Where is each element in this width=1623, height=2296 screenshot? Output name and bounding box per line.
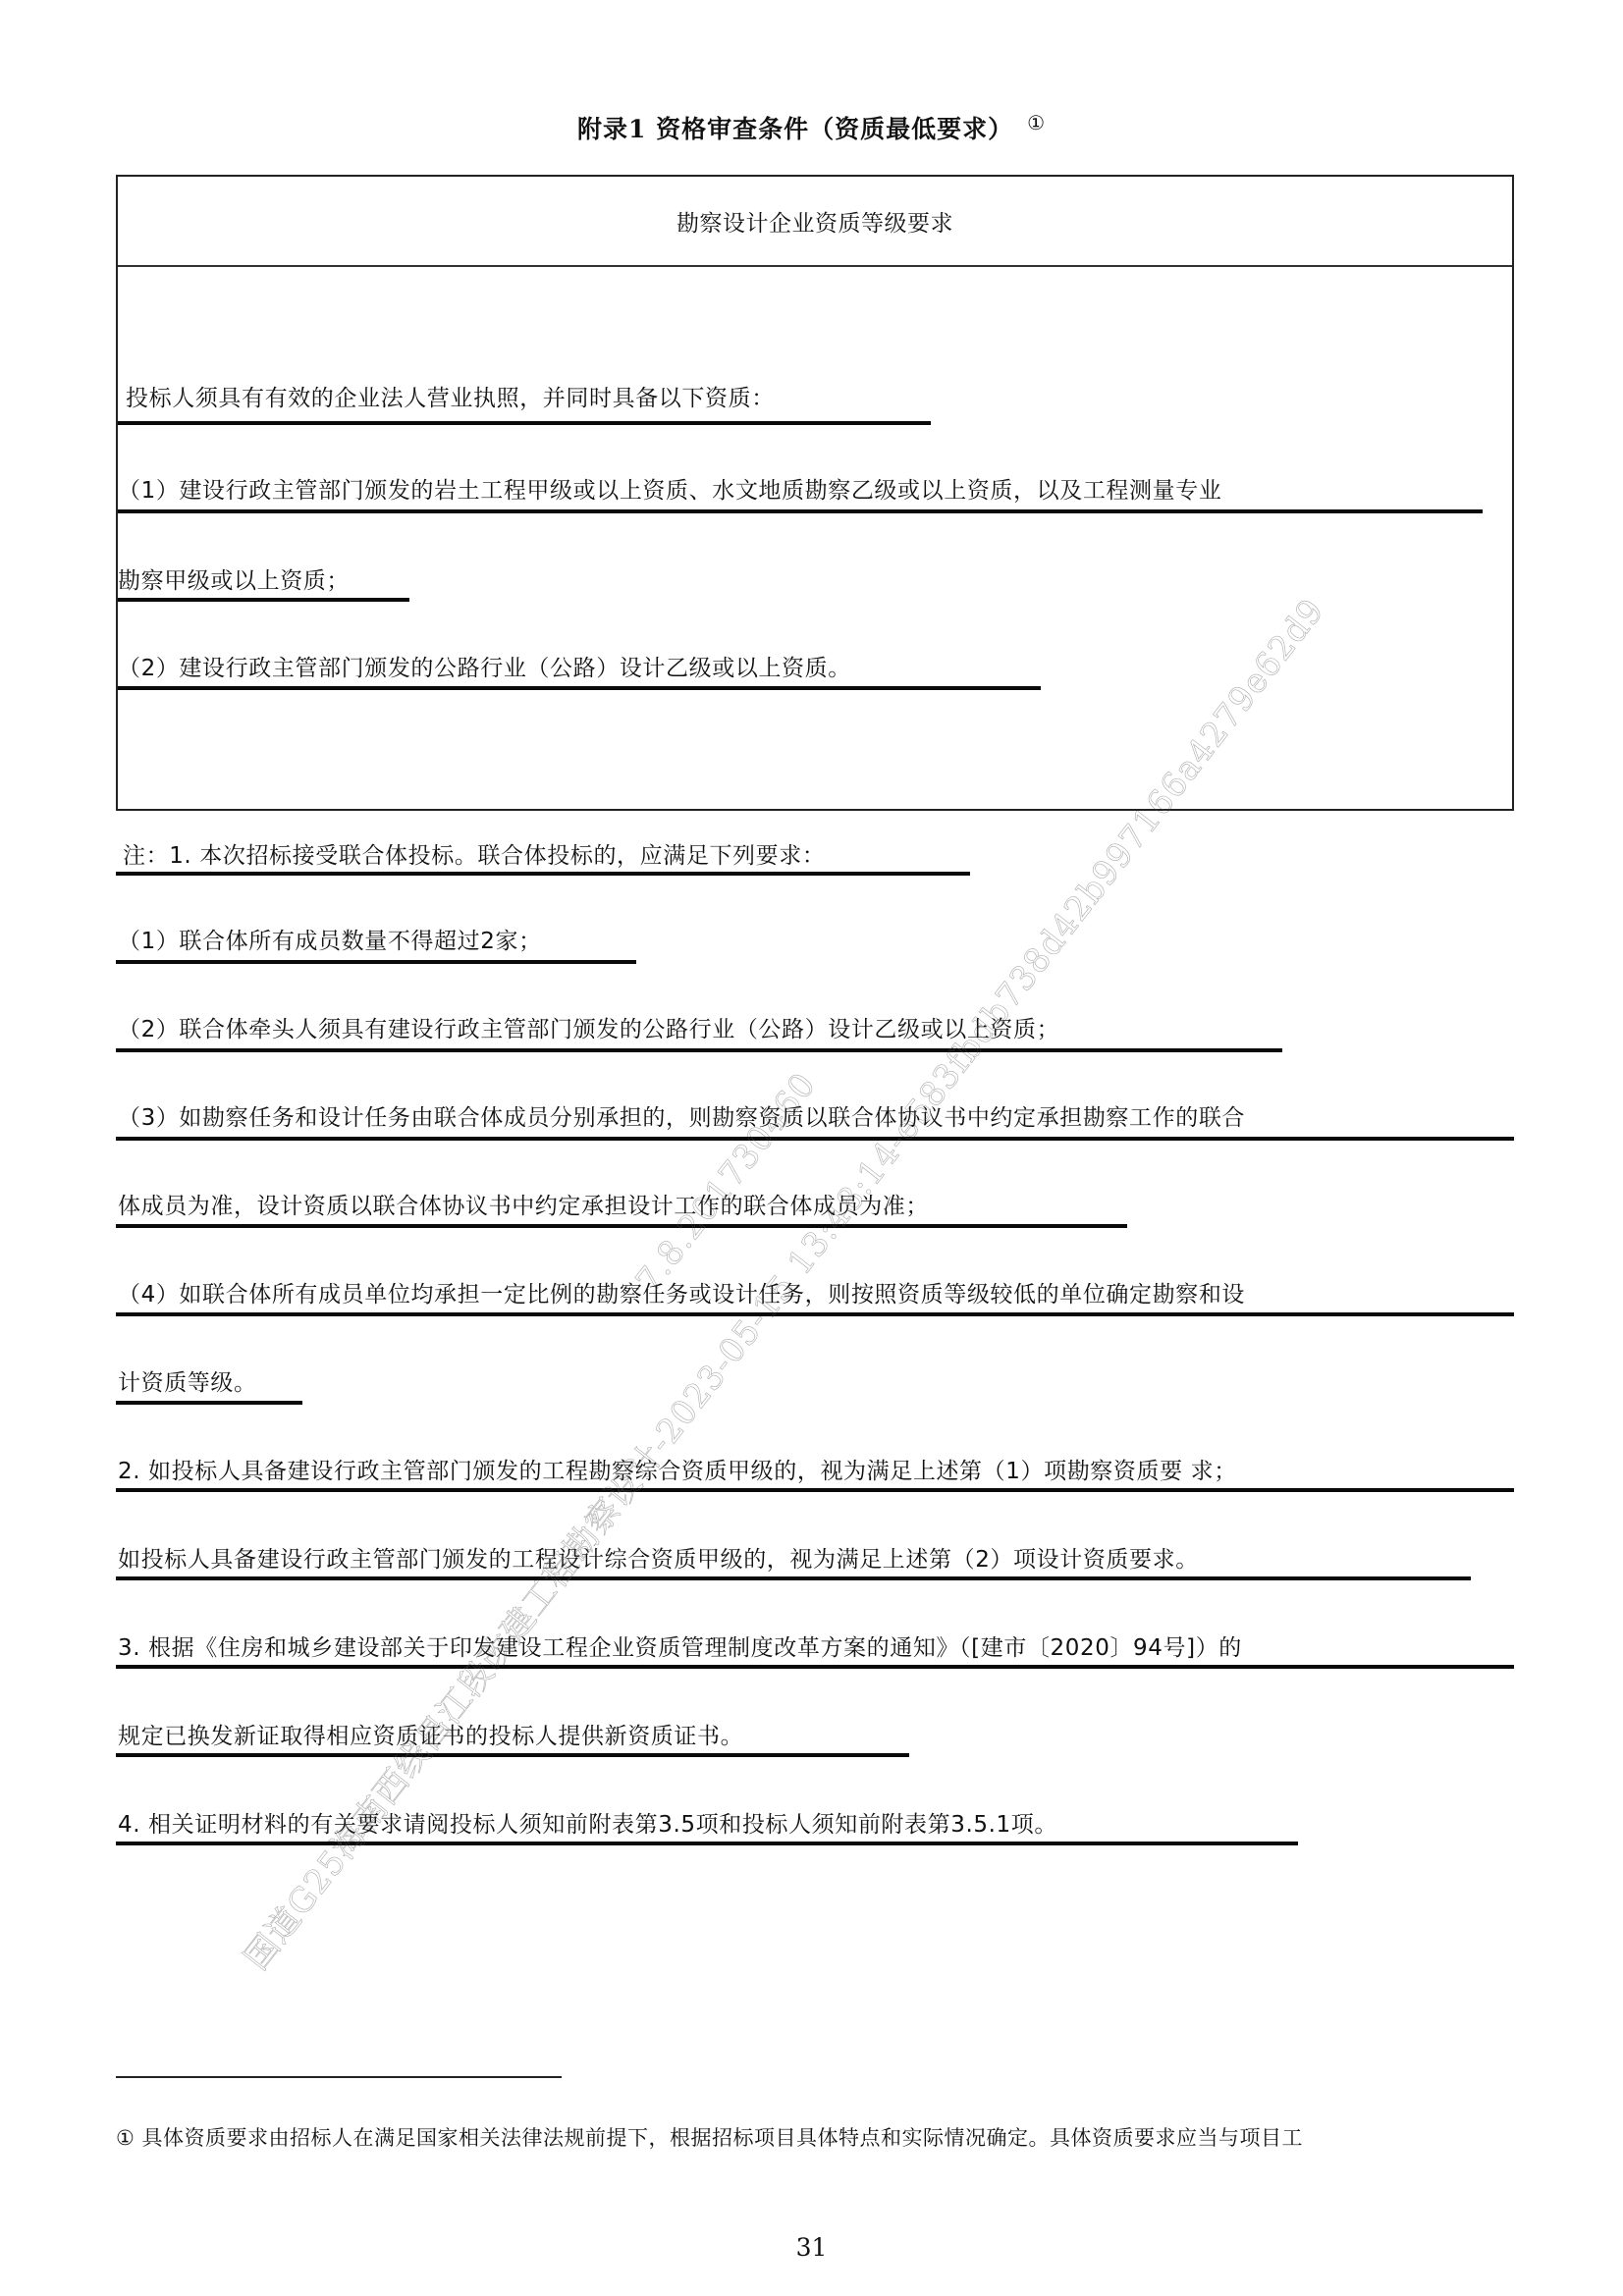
footnote-separator: [116, 2076, 562, 2078]
note-1-sub-4: （4）如联合体所有成员单位均承担一定比例的勘察任务或设计任务，则按照资质等级较低…: [118, 1281, 1245, 1308]
title-text: 附录1 资格审查条件（资质最低要求）: [577, 115, 1013, 143]
underline: [118, 598, 409, 602]
note-1-sub-1: （1）联合体所有成员数量不得超过2家；: [118, 928, 542, 955]
underline: [116, 1576, 1471, 1580]
underline: [118, 421, 931, 425]
appendix-title: 附录1 资格审查条件（资质最低要求）①: [0, 110, 1623, 145]
underline: [116, 1753, 909, 1757]
footnote-reference-mark: ①: [1027, 111, 1046, 134]
table-header-text: 勘察设计企业资质等级要求: [676, 205, 953, 238]
note-1-sub-4-cont: 计资质等级。: [118, 1369, 257, 1397]
note-1-sub-2: （2）联合体牵头人须具有建设行政主管部门颁发的公路行业（公路）设计乙级或以上资质…: [118, 1016, 1059, 1043]
underline: [116, 1842, 1298, 1845]
page-number: 31: [0, 2233, 1623, 2262]
table-body-line-intro: 投标人须具有有效的企业法人营业执照，并同时具备以下资质：: [126, 385, 775, 412]
note-3: 3. 根据《住房和城乡建设部关于印发建设工程企业资质管理制度改革方案的通知》（[…: [118, 1634, 1242, 1662]
footnote-text: ① 具体资质要求由招标人在满足国家相关法律法规前提下，根据招标项目具体特点和实际…: [116, 2122, 1303, 2152]
note-1-sub-3: （3）如勘察任务和设计任务由联合体成员分别承担的，则勘察资质以联合体协议书中约定…: [118, 1104, 1245, 1132]
underline: [116, 1488, 1514, 1492]
table-body-line-item2: （2）建设行政主管部门颁发的公路行业（公路）设计乙级或以上资质。: [118, 655, 851, 682]
table-body-line-item1-cont: 勘察甲级或以上资质；: [118, 567, 350, 595]
note-1-sub-3-cont: 体成员为准，设计资质以联合体协议书中约定承担设计工作的联合体成员为准；: [118, 1193, 929, 1220]
underline: [118, 686, 1041, 690]
note-2-cont: 如投标人具备建设行政主管部门颁发的工程设计综合资质甲级的，视为满足上述第（2）项…: [118, 1546, 1199, 1574]
note-3-cont: 规定已换发新证取得相应资质证书的投标人提供新资质证书。: [118, 1723, 743, 1750]
underline: [116, 1048, 1282, 1052]
table-body-line-item1: （1）建设行政主管部门颁发的岩土工程甲级或以上资质、水文地质勘察乙级或以上资质，…: [118, 477, 1221, 505]
underline: [118, 509, 1483, 513]
underline: [116, 1312, 1514, 1316]
watermark-line-2: 7.8.201730460: [628, 1065, 824, 1300]
underline: [116, 1137, 1514, 1141]
underline: [116, 1665, 1514, 1669]
table-header-cell: 勘察设计企业资质等级要求: [118, 177, 1512, 267]
underline: [116, 1224, 1127, 1228]
note-2: 2. 如投标人具备建设行政主管部门颁发的工程勘察综合资质甲级的，视为满足上述第（…: [118, 1458, 1237, 1485]
underline: [116, 1401, 302, 1405]
note-4: 4. 相关证明材料的有关要求请阅投标人须知前附表第3.5项和投标人须知前附表第3…: [118, 1811, 1057, 1839]
underline: [116, 960, 636, 964]
underline: [116, 872, 970, 876]
note-1: 注：1. 本次招标接受联合体投标。联合体投标的，应满足下列要求：: [123, 842, 825, 870]
